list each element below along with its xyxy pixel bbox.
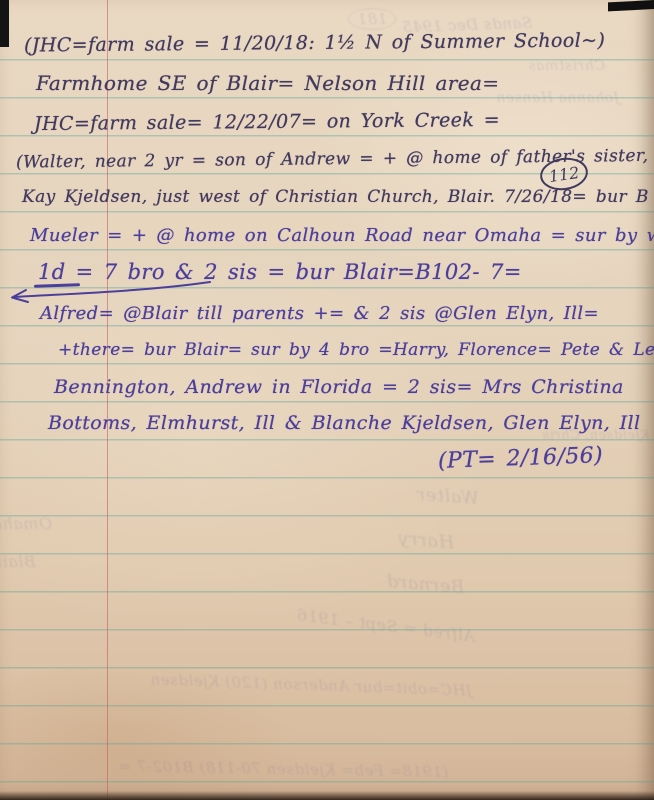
left-arrow-flourish (0, 270, 230, 310)
right-edge-shade (634, 0, 654, 800)
handwritten-line-10: Bennington, Andrew in Florida = 2 sis= M… (54, 376, 624, 398)
handwritten-line-11: Bottoms, Elmhurst, Ill & Blanche Kjeldse… (48, 412, 640, 434)
ghost-text-right-1: Christmas (528, 58, 605, 74)
notebook-paper: 181 Sands Dec 1945 Christmas Johanna Han… (0, 0, 654, 800)
handwritten-line-6: Mueler = + @ home on Calhoun Road near O… (30, 225, 654, 246)
handwritten-line-2: Farmhome SE of Blair= Nelson Hill area= (36, 71, 499, 95)
scanner-edge-top-left (0, 0, 9, 47)
scanner-edge-bottom (0, 791, 654, 800)
handwritten-line-9: +there= bur Blair= sur by 4 bro =Harry, … (58, 340, 654, 360)
handwritten-line-1: (JHC=farm sale = 11/20/18: 1½ N of Summe… (24, 29, 605, 56)
ghost-name-blair: Blair (0, 552, 36, 571)
ghost-name-omaha: Omaha (0, 514, 52, 533)
ghost-text-right-2: Johanna Hansen (496, 90, 619, 106)
ghost-name-walter: Walter (415, 484, 479, 509)
scanned-page: 181 Sands Dec 1945 Christmas Johanna Han… (0, 0, 654, 800)
ghost-circled-number: 181 (348, 8, 396, 30)
handwritten-line-5: Kay Kjeldsen, just west of Christian Chu… (22, 187, 649, 207)
handwritten-line-3: JHC=farm sale= 12/22/07= on York Creek = (34, 109, 500, 135)
